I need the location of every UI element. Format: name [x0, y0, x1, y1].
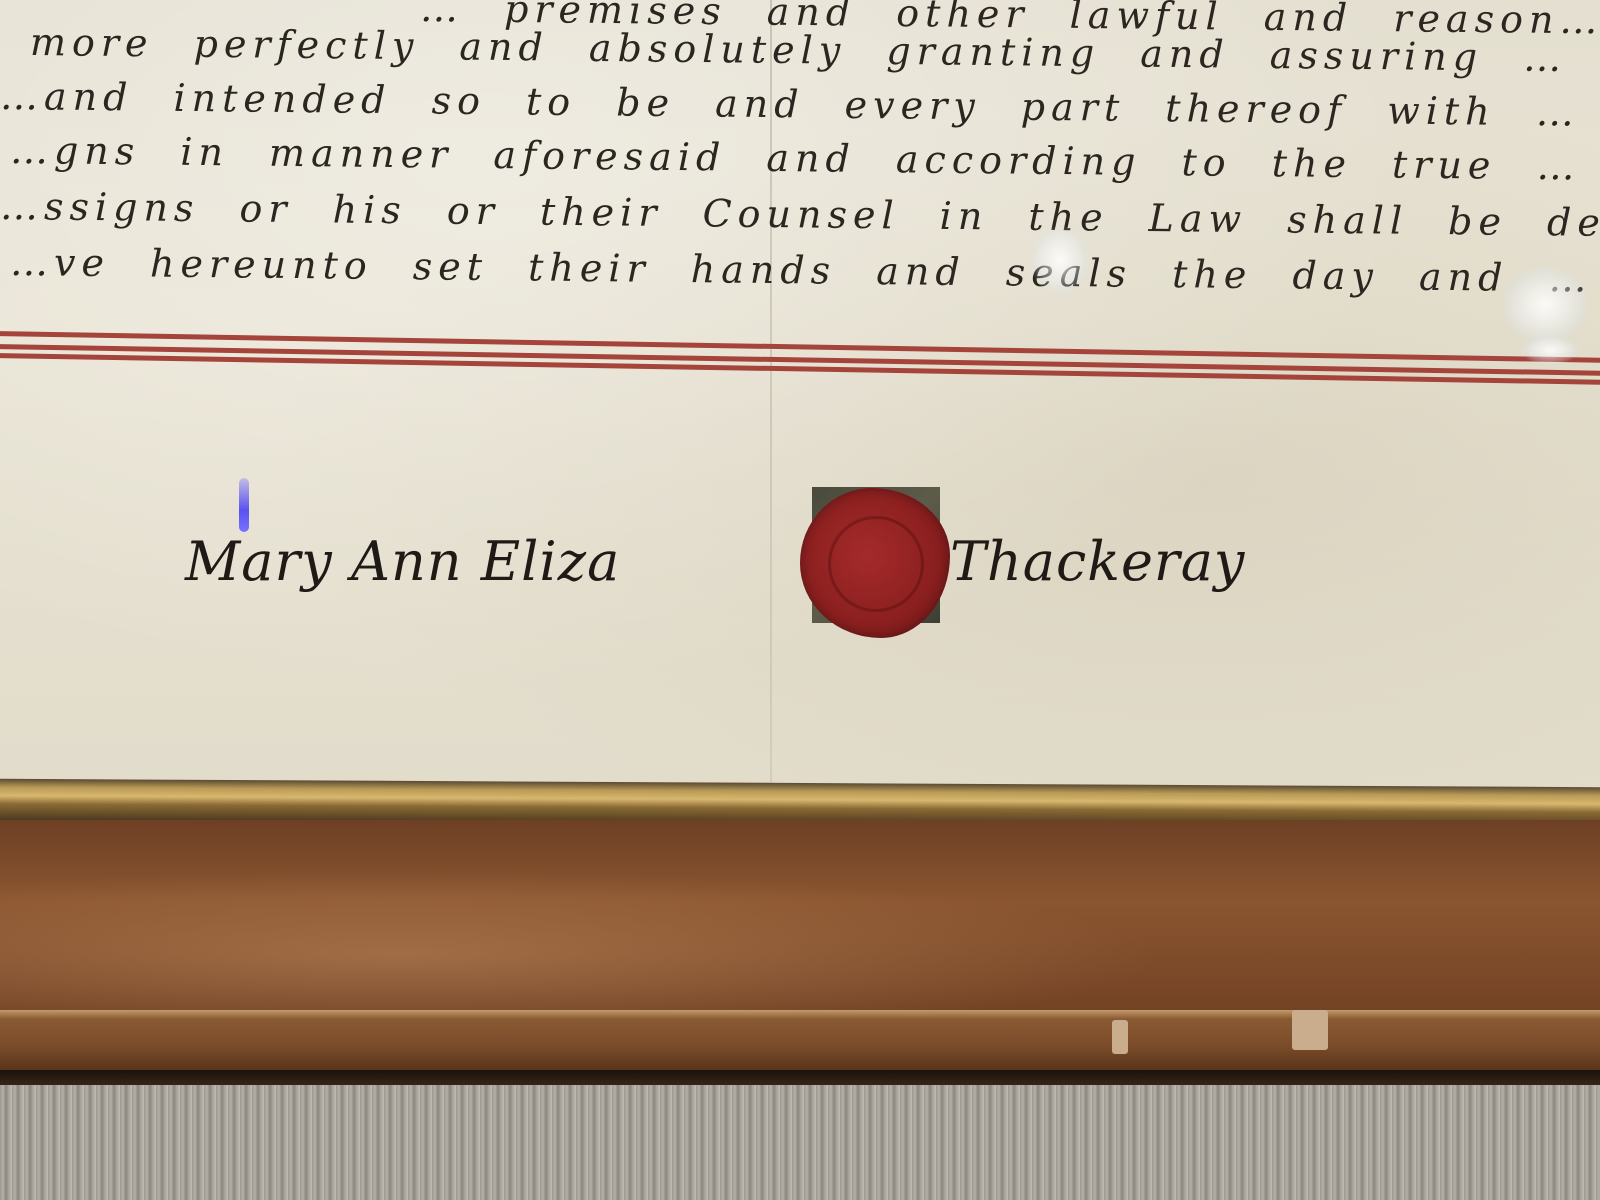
glass-glare	[1030, 225, 1090, 295]
frame-chip	[1112, 1020, 1128, 1054]
lens-flare	[239, 478, 249, 532]
wood-floor	[0, 1085, 1600, 1200]
wax-seal	[800, 488, 950, 638]
document-line-5: …ssigns or his or their Counsel in the L…	[0, 184, 1600, 246]
frame-chip	[1292, 1010, 1328, 1050]
document-line-6: …ve hereunto set their hands and seals t…	[10, 240, 1593, 301]
glass-glare	[1520, 335, 1580, 365]
document-line-4: …gns in manner aforesaid and according t…	[10, 128, 1581, 188]
glass-glare	[1500, 265, 1590, 345]
signature-surname: Thackeray	[950, 530, 1245, 593]
frame-bottom-lip	[0, 1010, 1600, 1070]
seal-impression	[828, 516, 924, 612]
document-parchment: … premises and other lawful and reason… …	[0, 0, 1600, 790]
signature-given-names: Mary Ann Eliza	[185, 530, 620, 593]
document-line-3: …and intended so to be and every part th…	[0, 74, 1580, 135]
